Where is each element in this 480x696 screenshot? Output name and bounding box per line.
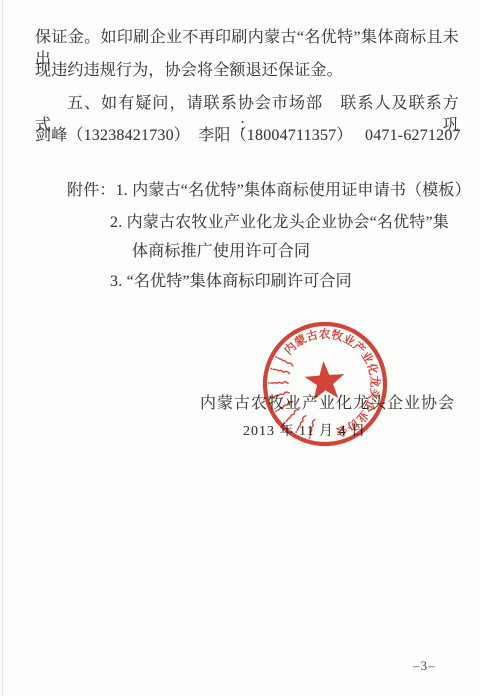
scanned-document-page: 保证金。如印刷企业不再印刷内蒙古“名优特”集体商标且未出 现违约违规行为，协会将… (0, 0, 480, 696)
page-number: –3– (413, 658, 436, 674)
contact-phone-line: 剑峰（13238421730） 李阳（18004711357） 0471-627… (35, 125, 461, 147)
seal-star-icon (303, 360, 345, 401)
seal-mongolian-script (266, 353, 317, 442)
attachment-item-3: 3. “名优特”集体商标印刷许可合同 (110, 271, 352, 293)
scan-artifact-line (2, 0, 3, 696)
attachment-item-1: 1. 内蒙古“名优特”集体商标使用证申请书（模板） (116, 182, 471, 199)
attachment-item-2: 2. 内蒙古农牧业产业化龙头企业协会“名优特”集 (110, 212, 449, 234)
attachments-label: 附件： (67, 182, 116, 199)
attachment-item-2-continuation: 体商标推广使用许可合同 (132, 241, 310, 263)
attachments-row: 附件：1. 内蒙古“名优特”集体商标使用证申请书（模板） (67, 180, 471, 202)
body-text-line: 现违约违规行为，协会将全额退还保证金。 (35, 60, 343, 82)
official-seal: 内蒙古农牧业产业化龙头企业协会 (255, 314, 396, 455)
